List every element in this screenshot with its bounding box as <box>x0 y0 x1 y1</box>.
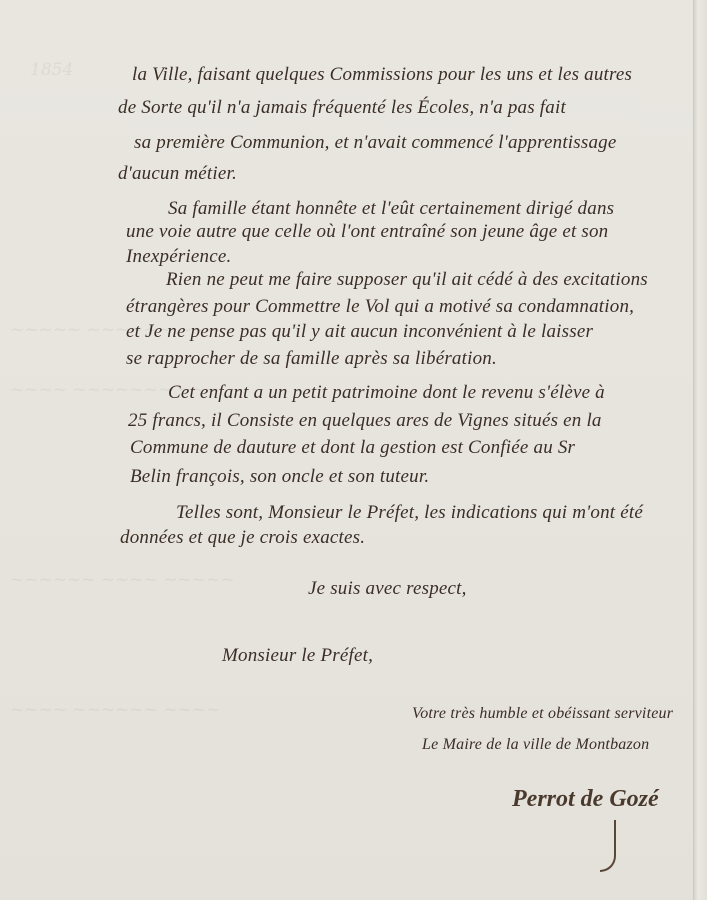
body-line: la Ville, faisant quelques Commissions p… <box>132 64 632 86</box>
body-line: Sa famille étant honnête et l'eût certai… <box>168 198 614 220</box>
valediction-line: Votre très humble et obéissant serviteur <box>412 705 673 723</box>
body-line: d'aucun métier. <box>118 163 237 185</box>
body-line: étrangères pour Commettre le Vol qui a m… <box>126 296 634 318</box>
body-line: Commune de dauture et dont la gestion es… <box>130 437 575 459</box>
body-line: sa première Communion, et n'avait commen… <box>134 132 617 154</box>
body-line: Telles sont, Monsieur le Préfet, les ind… <box>176 502 643 524</box>
body-line: Cet enfant a un petit patrimoine dont le… <box>168 382 605 404</box>
closing-respect: Je suis avec respect, <box>308 578 467 600</box>
body-line: de Sorte qu'il n'a jamais fréquenté les … <box>118 97 566 119</box>
letter-page: 1854 ~~~~~ ~~~~~~ ~~~~ ~~~~ ~~~~~~~ ~~~ … <box>0 0 693 900</box>
bleed-through-text: 1854 <box>30 60 73 80</box>
body-line: une voie autre que celle où l'ont entraî… <box>126 221 608 243</box>
page-edge <box>693 0 707 900</box>
body-line: Rien ne peut me faire supposer qu'il ait… <box>166 269 648 291</box>
closing-salutation: Monsieur le Préfet, <box>222 645 373 667</box>
signature: Perrot de Gozé <box>512 786 659 813</box>
body-line: Belin françois, son oncle et son tuteur. <box>130 466 429 488</box>
body-line: 25 francs, il Consiste en quelques ares … <box>128 410 602 432</box>
body-line: Inexpérience. <box>126 246 231 268</box>
body-line: données et que je crois exactes. <box>120 527 365 549</box>
signature-flourish <box>600 820 616 872</box>
body-line: se rapprocher de sa famille après sa lib… <box>126 348 497 370</box>
valediction-line: Le Maire de la ville de Montbazon <box>422 736 649 754</box>
bleed-through-text: ~~~~ ~~~~~~ ~~~~ <box>10 700 220 720</box>
body-line: et Je ne pense pas qu'il y ait aucun inc… <box>126 321 593 343</box>
bleed-through-text: ~~~~~~ ~~~~ ~~~~~ <box>10 570 234 590</box>
